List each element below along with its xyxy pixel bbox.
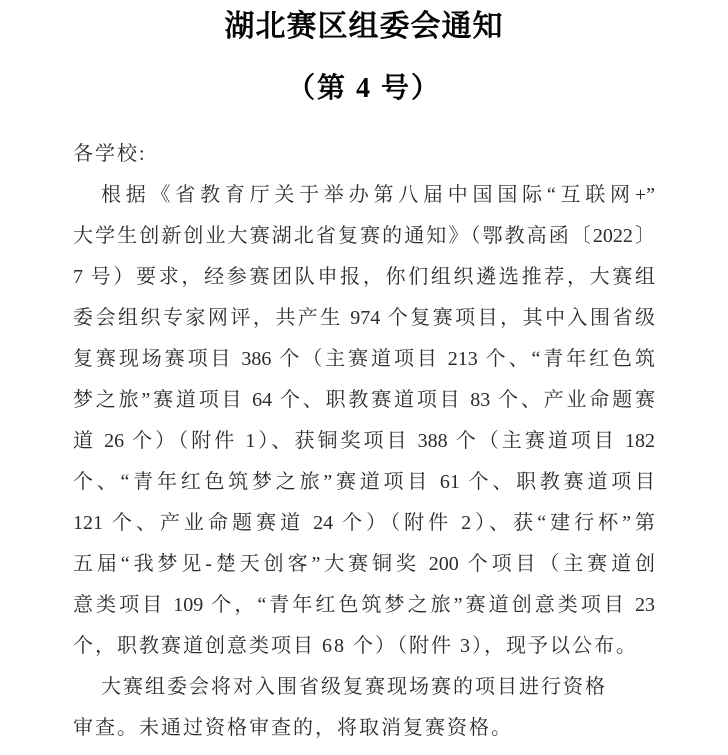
body-line: 大赛组委会将对入围省级复赛现场赛的项目进行资格: [73, 667, 655, 708]
body-line: 意类项目 109 个，“青年红色筑梦之旅”赛道创意类项目 23: [73, 585, 655, 626]
paragraph-1: 根据《省教育厅关于举办第八届中国国际“互联网+” 大学生创新创业大赛湖北省复赛的…: [73, 175, 655, 667]
issue-number: （第 4 号）: [0, 70, 728, 108]
body-line: 梦之旅”赛道项目 64 个、职教赛道项目 83 个、产业命题赛: [73, 380, 655, 421]
body-line: 大学生创新创业大赛湖北省复赛的通知》（鄂教高函〔2022〕: [73, 216, 655, 257]
body-line: 个，职教赛道创意类项目 68 个）（附件 3），现予以公布。: [73, 626, 655, 667]
body-line: 根据《省教育厅关于举办第八届中国国际“互联网+”: [73, 175, 655, 216]
body-line: 委会组织专家网评，共产生 974 个复赛项目，其中入围省级: [73, 298, 655, 339]
body-line: 审查。未通过资格审查的，将取消复赛资格。: [73, 708, 655, 749]
paragraph-2: 大赛组委会将对入围省级复赛现场赛的项目进行资格 审查。未通过资格审查的，将取消复…: [73, 667, 655, 749]
document-page: 湖北赛区组委会通知 （第 4 号） 各学校: 根据《省教育厅关于举办第八届中国国…: [0, 0, 728, 755]
notice-body: 各学校: 根据《省教育厅关于举办第八届中国国际“互联网+” 大学生创新创业大赛湖…: [73, 134, 655, 749]
page-title: 湖北赛区组委会通知: [0, 0, 728, 46]
body-line: 复赛现场赛项目 386 个（主赛道项目 213 个、“青年红色筑: [73, 339, 655, 380]
body-line: 121 个、产业命题赛道 24 个）（附件 2）、获“建行杯”第: [73, 503, 655, 544]
body-line: 道 26 个）（附件 1）、获铜奖项目 388 个（主赛道项目 182: [73, 421, 655, 462]
body-line: 7 号）要求，经参赛团队申报，你们组织遴选推荐，大赛组: [73, 257, 655, 298]
body-line: 五届“我梦见-楚天创客”大赛铜奖 200 个项目（主赛道创: [73, 544, 655, 585]
salutation: 各学校:: [73, 134, 655, 175]
body-line: 个、“青年红色筑梦之旅”赛道项目 61 个、职教赛道项目: [73, 462, 655, 503]
